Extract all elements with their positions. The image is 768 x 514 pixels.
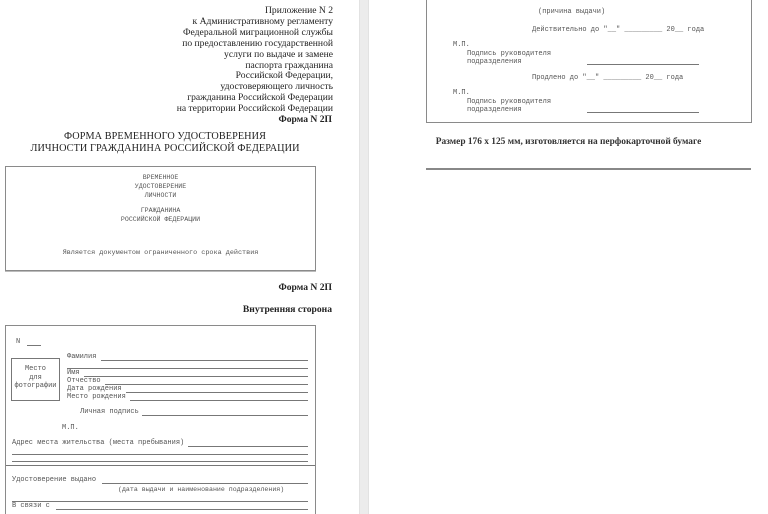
cover-line: ВРЕМЕННОЕ [6,174,315,182]
extended-until: Продлено до "__" _________ 20__ года [532,74,683,82]
address-field-line-3[interactable] [12,461,308,462]
reason-field[interactable] [56,509,308,510]
head-signature-label-2a: Подпись руководителя [467,98,551,106]
head-signature-label-2b: подразделения [467,106,522,114]
issued-field[interactable] [102,483,308,484]
document-page-right: (причина выдачи) Действительно до "__" _… [369,0,768,514]
title-line: ФОРМА ВРЕМЕННОГО УДОСТОВЕРЕНИЯ [0,131,330,143]
birth-place-label: Место рождения [67,393,126,401]
horizontal-rule [426,168,751,170]
number-label: N [16,338,20,346]
document-page-left: Приложение N 2 к Административному регла… [0,0,359,514]
photo-placeholder: Место для фотографии [11,358,60,401]
birth-date-label: Дата рождения [67,385,122,393]
photo-label-line: фотографии [12,382,59,391]
cover-line: РОССИЙСКОЙ ФЕДЕРАЦИИ [6,216,315,224]
section-divider [6,465,315,466]
name-label: Имя [67,369,80,377]
photo-label-line: Место [12,365,59,374]
issued-hint: (дата выдачи и наименование подразделени… [118,486,284,494]
valid-until: Действительно до "__" _________ 20__ год… [532,26,704,34]
reason-label: В связи с [12,502,50,510]
address-field-line-2[interactable] [12,454,308,455]
name-field[interactable] [84,376,308,377]
inner-side-label: Внутренняя сторона [243,304,332,315]
birth-place-field[interactable] [130,400,308,401]
head-signature-field-2[interactable] [587,112,699,113]
form-number: Форма N 2П [279,114,332,125]
reason-hint: (причина выдачи) [538,8,605,16]
cover-line: ЛИЧНОСТИ [6,192,315,200]
issued-label: Удостоверение выдано [12,476,96,484]
cover-notice: Является документом ограниченного срока … [6,249,315,257]
cover-line: УДОСТОВЕРЕНИЕ [6,183,315,191]
patronymic-field[interactable] [105,384,308,385]
appendix-line: по предоставлению государственной [133,39,333,50]
birth-date-field[interactable] [126,392,308,393]
document-title: ФОРМА ВРЕМЕННОГО УДОСТОВЕРЕНИЯ ЛИЧНОСТИ … [0,131,330,155]
seal-label-2: М.П. [453,89,470,97]
patronymic-label: Отчество [67,377,101,385]
surname-label: Фамилия [67,353,96,361]
seal-label-1: М.П. [453,41,470,49]
title-line: ЛИЧНОСТИ ГРАЖДАНИНА РОССИЙСКОЙ ФЕДЕРАЦИИ [0,143,330,155]
signature-label: Личная подпись [80,408,139,416]
back-form-box: (причина выдачи) Действительно до "__" _… [426,0,752,123]
inner-form-box: N Место для фотографии Фамилия Имя Отчес… [5,325,316,514]
surname-field[interactable] [101,360,308,361]
head-signature-label-1a: Подпись руководителя [467,50,551,58]
form-number-inner: Форма N 2П [279,282,332,293]
head-signature-label-1b: подразделения [467,58,522,66]
cover-line: ГРАЖДАНИНА [6,207,315,215]
appendix-line: услуги по выдаче и замене [133,50,333,61]
head-signature-field-1[interactable] [587,64,699,65]
page-gutter [359,0,369,514]
surname-field-extra[interactable] [67,368,308,369]
address-label: Адрес места жительства (места пребывания… [12,439,184,447]
signature-field[interactable] [142,415,308,416]
number-line [27,345,41,346]
issued-field-line-2[interactable] [12,501,308,502]
photo-label-line: для [12,374,59,383]
address-field[interactable] [188,446,308,447]
appendix-header: Приложение N 2 к Административному регла… [133,6,333,115]
seal-label: М.П. [62,424,79,432]
cover-form-box: ВРЕМЕННОЕ УДОСТОВЕРЕНИЕ ЛИЧНОСТИ ГРАЖДАН… [5,166,316,271]
size-note: Размер 176 x 125 мм, изготовляется на пе… [369,137,768,147]
